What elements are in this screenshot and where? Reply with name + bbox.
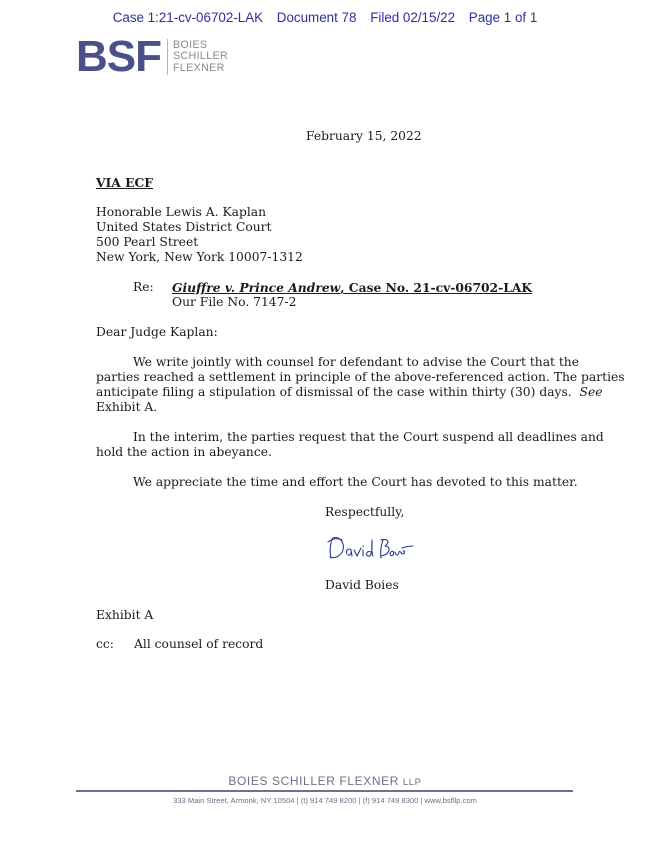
paragraph-line: We appreciate the time and effort the Co… — [96, 475, 562, 490]
stamp-case-number: Case 1:21-cv-06702-LAK — [113, 10, 263, 25]
re-case-caption: Giuffre v. Prince Andrew, Case No. 21-cv… — [172, 280, 532, 295]
body-paragraph: We appreciate the time and effort the Co… — [96, 475, 562, 490]
body-paragraph: We write jointly with counsel for defend… — [96, 355, 562, 415]
signer-name: David Boies — [325, 578, 399, 593]
re-file-number: Our File No. 7147-2 — [172, 295, 296, 310]
signature-icon — [325, 532, 415, 566]
logo-word: FLEXNER — [173, 63, 228, 75]
logo-monogram: BSF — [76, 37, 161, 77]
footer-divider — [76, 790, 573, 792]
see-signal: See — [580, 385, 603, 399]
closing: Respectfully, — [325, 505, 404, 520]
paragraph-line: parties reached a settlement in principl… — [96, 370, 562, 385]
paragraph-line: In the interim, the parties request that… — [96, 430, 562, 445]
cc-recipients: All counsel of record — [134, 637, 263, 652]
paragraph-line: We write jointly with counsel for defend… — [96, 355, 562, 370]
logo-wordmark: BOIES SCHILLER FLEXNER — [173, 40, 228, 75]
address-line: New York, New York 10007-1312 — [96, 250, 303, 265]
enclosure-note: Exhibit A — [96, 608, 153, 623]
case-name: Giuffre v. Prince Andrew — [172, 280, 340, 295]
cc-label: cc: — [96, 637, 114, 652]
recipient-address: Honorable Lewis A. Kaplan United States … — [96, 205, 303, 265]
address-line: United States District Court — [96, 220, 303, 235]
footer-contact-line: 333 Main Street, Armonk, NY 10504 | (t) … — [0, 796, 650, 805]
paragraph-line: hold the action in abeyance. — [96, 445, 562, 460]
footer-firm-name: BOIES SCHILLER FLEXNER LLP — [0, 774, 650, 788]
stamp-page-count: Page 1 of 1 — [469, 10, 538, 25]
paragraph-line: Exhibit A. — [96, 400, 562, 415]
firm-logo: BSF BOIES SCHILLER FLEXNER — [76, 37, 228, 77]
signature-image — [325, 532, 415, 570]
letter-date: February 15, 2022 — [306, 129, 422, 144]
address-line: Honorable Lewis A. Kaplan — [96, 205, 303, 220]
ecf-filing-stamp: Case 1:21-cv-06702-LAK Document 78 Filed… — [0, 10, 650, 25]
delivery-method: VIA ECF — [96, 175, 153, 190]
case-number: , Case No. 21-cv-06702-LAK — [340, 280, 532, 295]
logo-divider — [167, 39, 168, 75]
address-line: 500 Pearl Street — [96, 235, 303, 250]
re-label: Re: — [133, 280, 154, 295]
footer-firm-suffix: LLP — [403, 777, 422, 788]
footer-firm-text: BOIES SCHILLER FLEXNER — [228, 774, 399, 788]
stamp-document-number: Document 78 — [277, 10, 357, 25]
salutation: Dear Judge Kaplan: — [96, 325, 218, 340]
paragraph-line: anticipate filing a stipulation of dismi… — [96, 385, 562, 400]
body-paragraph: In the interim, the parties request that… — [96, 430, 562, 460]
paragraph-line-text: anticipate filing a stipulation of dismi… — [96, 385, 580, 399]
stamp-filed-date: Filed 02/15/22 — [370, 10, 455, 25]
